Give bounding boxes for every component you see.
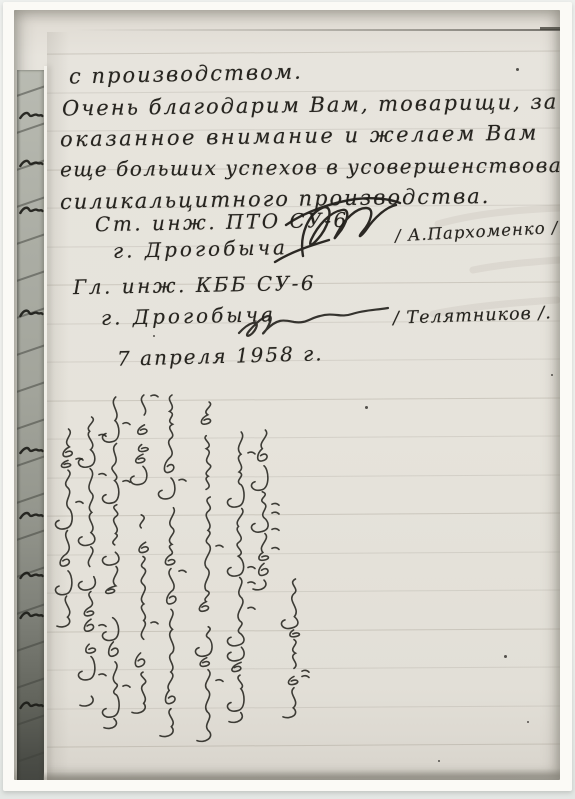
dust-speck	[438, 760, 440, 762]
vertical-script-column	[102, 397, 130, 728]
vertical-script-column	[195, 402, 223, 741]
photo-print-border: с производством. Очень благодарим Вам, т…	[3, 2, 572, 791]
vertical-script-column	[130, 395, 158, 713]
vertical-script-column	[227, 432, 255, 722]
photographed-scene: с производством. Очень благодарим Вам, т…	[14, 10, 560, 780]
vertical-script-column	[158, 395, 186, 737]
dust-speck	[527, 721, 529, 723]
vertical-script-column	[55, 429, 83, 627]
dust-speck	[516, 68, 519, 71]
photograph: с производством. Очень благодарим Вам, т…	[14, 10, 560, 780]
dust-speck	[504, 655, 507, 658]
dust-speck	[365, 406, 368, 409]
dust-speck	[153, 335, 155, 337]
dust-speck	[551, 374, 553, 376]
vertical-script-block	[14, 10, 560, 780]
vertical-script-column	[281, 579, 309, 718]
